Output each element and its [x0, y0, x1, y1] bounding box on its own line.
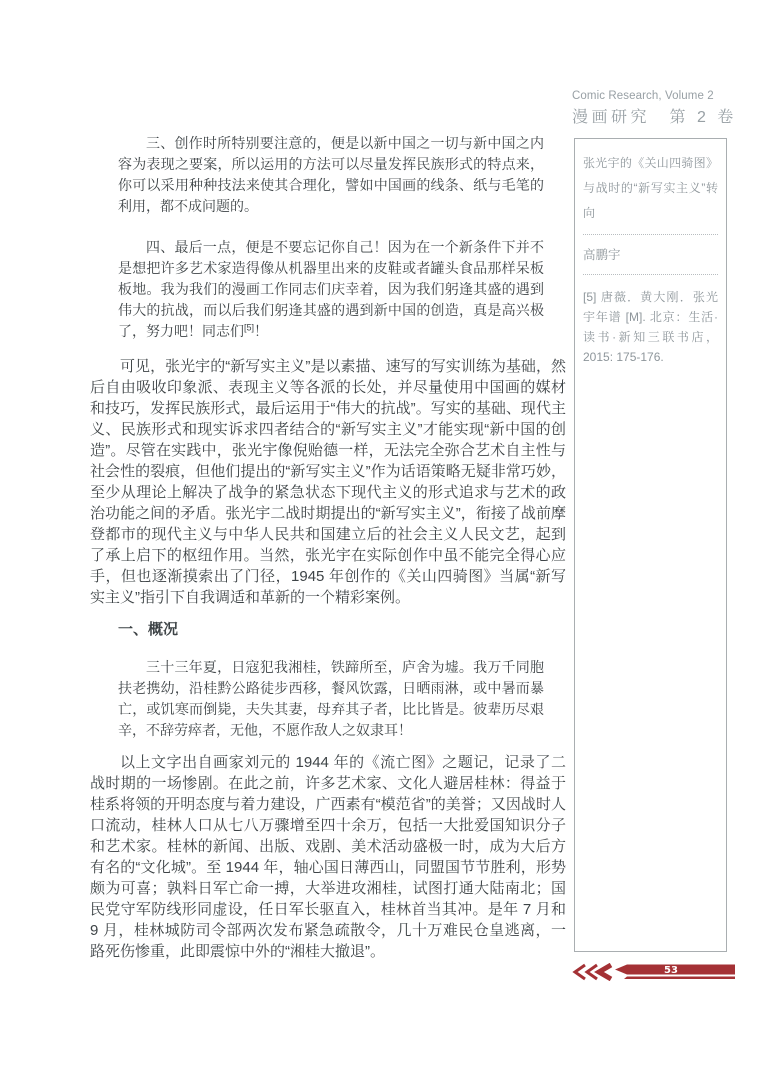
section-heading-overview: 一、概况	[118, 619, 566, 640]
block-quote-item-3: 三、创作时所特别要注意的，便是以新中国之一切与新中国之内容为表现之要案，所以运用…	[118, 133, 544, 217]
block-quote-item-4: 四、最后一点，便是不要忘记你自己！因为在一个新条件下并不是想把许多艺术家造得像从…	[118, 237, 544, 342]
journal-header: Comic Research, Volume 2 漫画研究 第 2 卷	[572, 90, 732, 127]
chevron-left-icon	[575, 965, 585, 979]
block-quote-inscription: 三十三年夏，日寇犯我湘桂，铁蹄所至，庐舍为墟。我万千同胞扶老携幼，沿桂黔公路徒步…	[118, 657, 544, 741]
quote-text: ！	[254, 323, 268, 339]
journal-title-english: Comic Research, Volume 2	[572, 90, 732, 102]
margin-note-box: 张光宇的《关山四骑图》与战时的“新写实主义”转向 高鹏宇 [5] 唐薇．黄大刚．…	[574, 138, 727, 952]
journal-page: Comic Research, Volume 2 漫画研究 第 2 卷 张光宇的…	[0, 0, 776, 1080]
journal-title-chinese: 漫画研究 第 2 卷	[572, 104, 732, 127]
paragraph-history: 以上文字出自画家刘元的 1944 年的《流亡图》之题记，记录了二战时期的一场惨剧…	[90, 752, 566, 962]
article-title: 张光宇的《关山四骑图》与战时的“新写实主义”转向	[583, 151, 718, 226]
dotted-divider	[583, 274, 718, 275]
quote-text: 四、最后一点，便是不要忘记你自己！因为在一个新条件下并不是想把许多艺术家造得像从…	[118, 239, 544, 339]
footnote-reference: [5] 唐薇．黄大刚．张光宇年谱 [M]. 北京：生活·读书·新知三联书店，20…	[583, 287, 718, 367]
footnote-marker-5: [5]	[244, 322, 254, 332]
dotted-divider	[583, 234, 718, 235]
article-body: 三、创作时所特别要注意的，便是以新中国之一切与新中国之内容为表现之要案，所以运用…	[90, 128, 566, 962]
page-number: 53	[664, 965, 678, 976]
page-number-band-underline	[624, 977, 735, 980]
chevron-left-icon	[599, 965, 611, 979]
paragraph-analysis: 可见，张光宇的“新写实主义”是以素描、速写的写实训练为基础，然后自由吸收印象派、…	[90, 356, 566, 608]
page-footer: 53	[571, 963, 739, 981]
page-number-bar: 53	[571, 963, 739, 981]
article-author: 高鹏宇	[583, 247, 718, 263]
